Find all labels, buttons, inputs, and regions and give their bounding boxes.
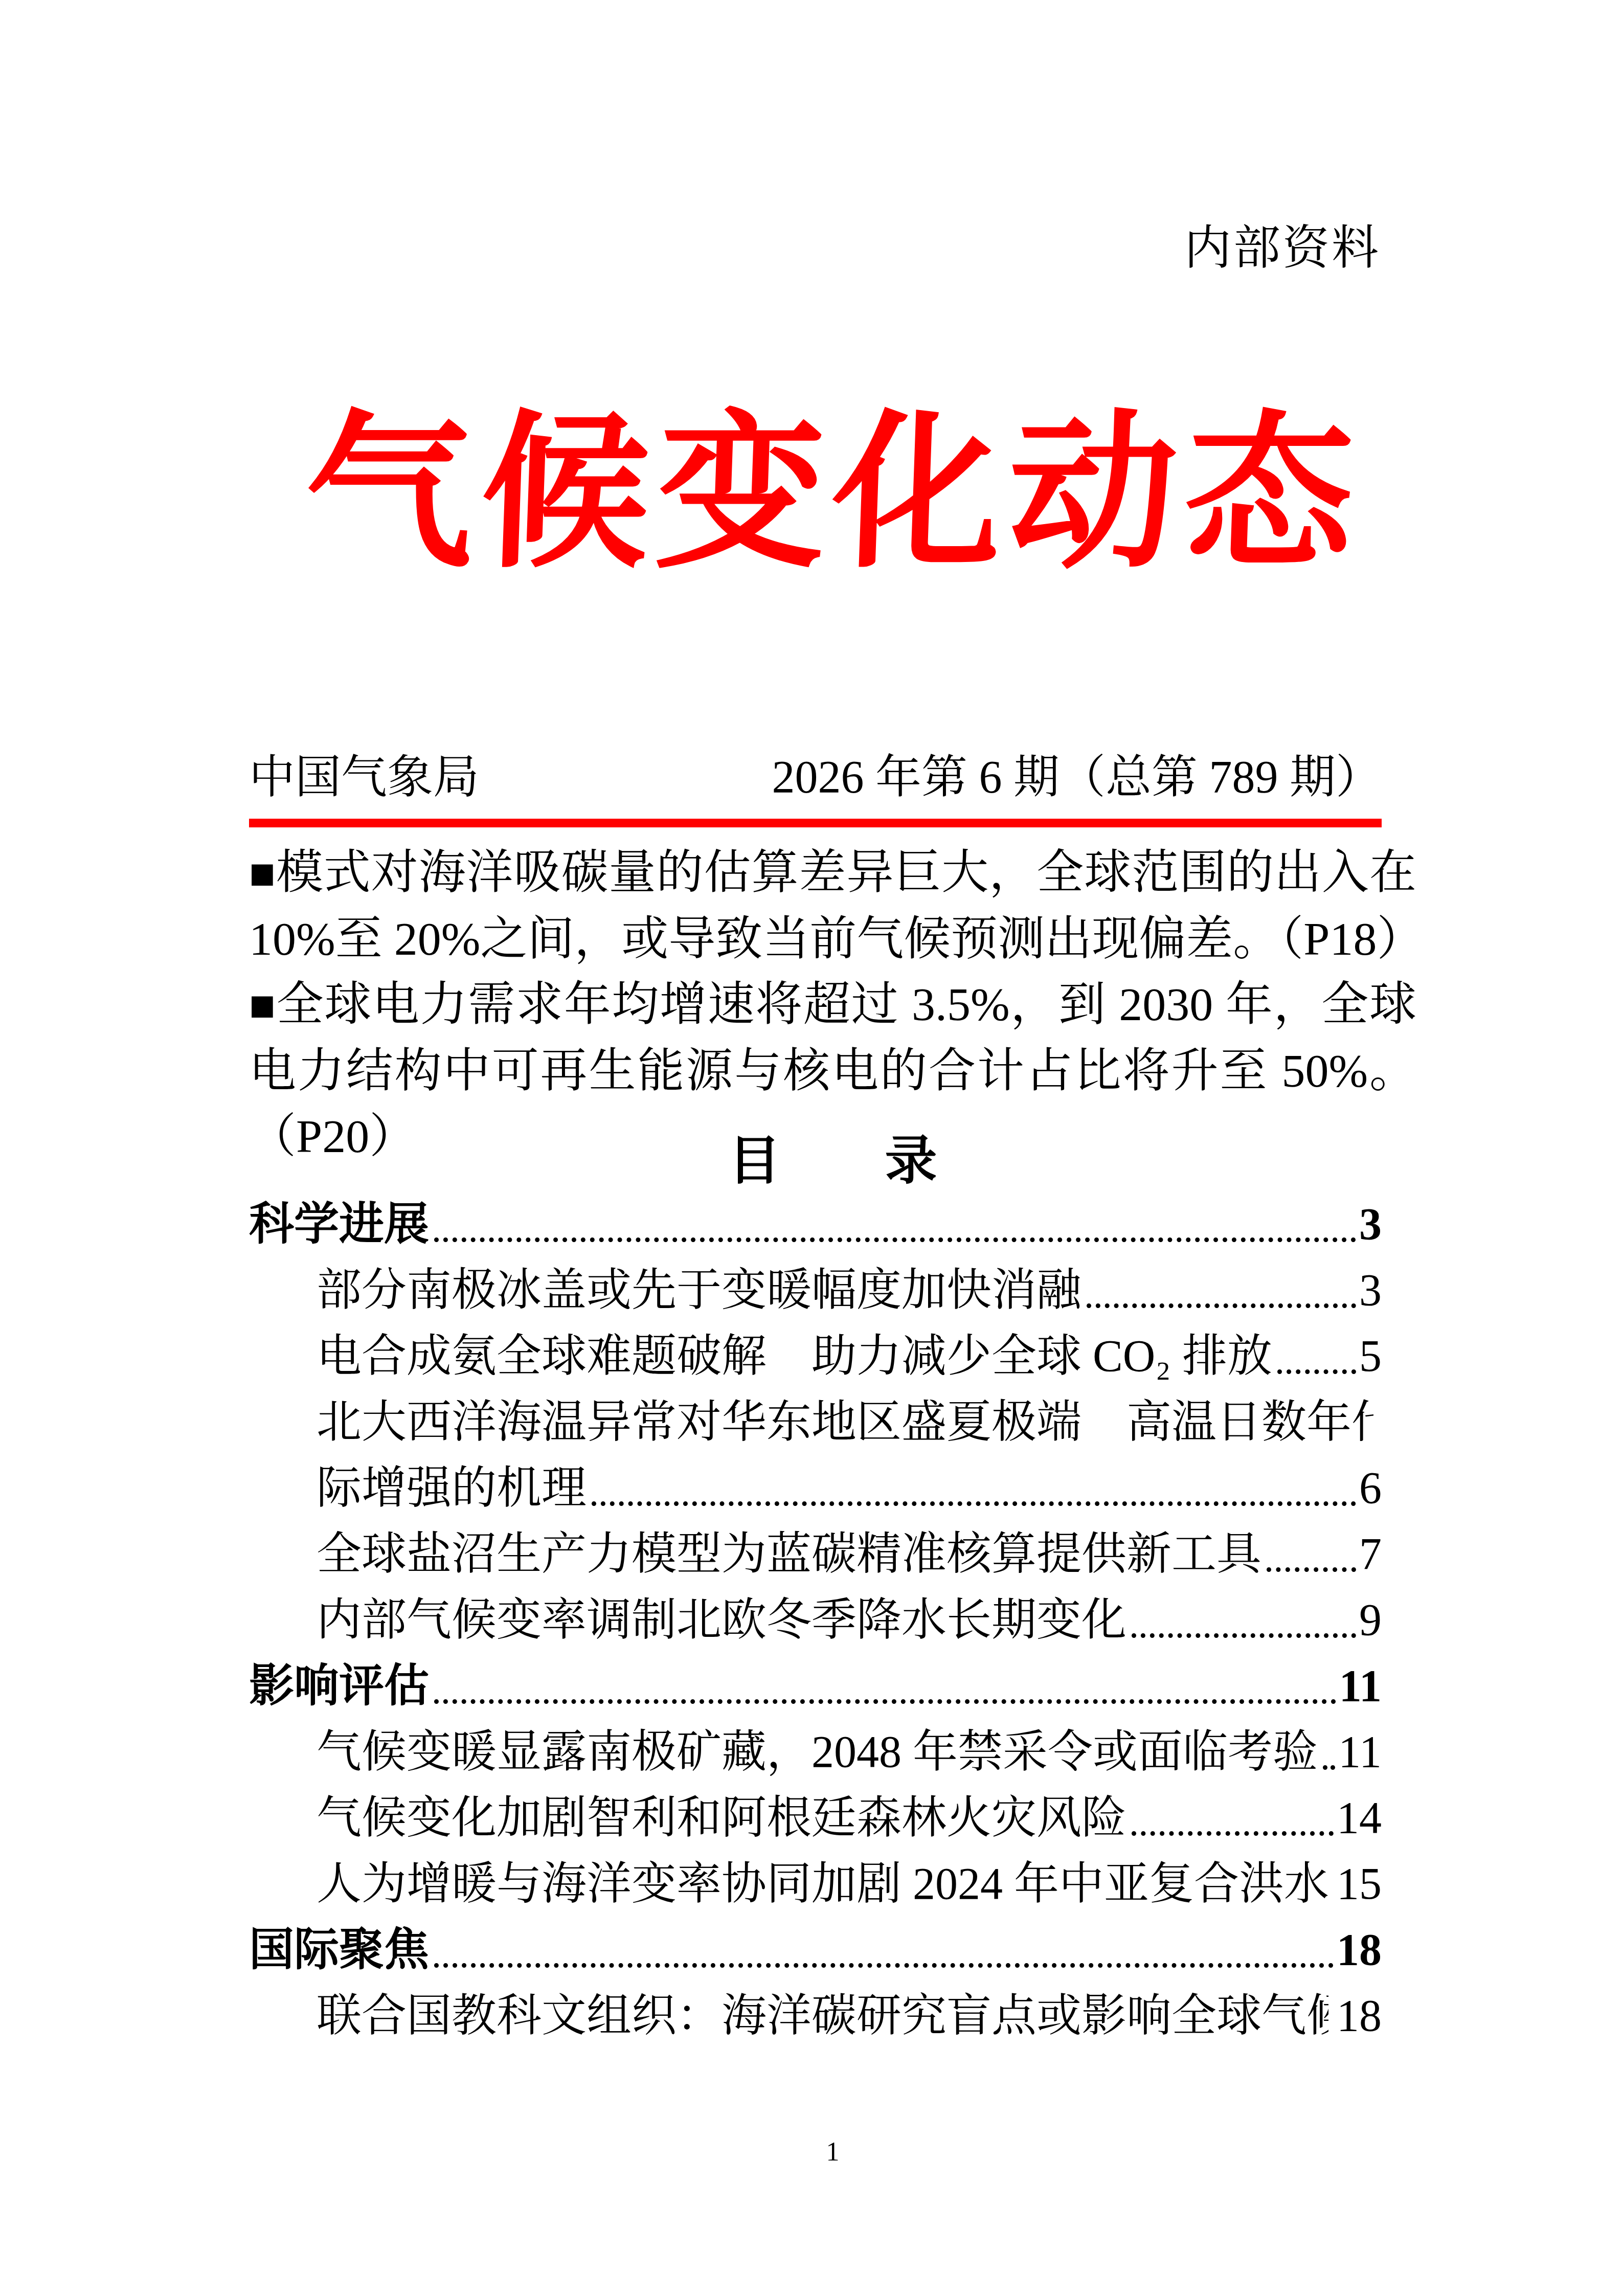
toc-entry-title: 电合成氨全球难题破解 助力减少全球 CO₂ 排放	[317, 1323, 1272, 1389]
toc-entry-title: 气候变暖显露南极矿藏，2048 年禁采令或面临考验	[317, 1719, 1318, 1785]
toc-page-number: 15	[1337, 1851, 1382, 1917]
toc-dot-leader	[1323, 1765, 1335, 1770]
toc-row: 气候变化加剧智利和阿根廷森林火灾风险 14	[249, 1785, 1382, 1851]
toc-dot-leader	[434, 1963, 1334, 1968]
highlights-section: ■模式对海洋吸碳量的估算差异巨大，全球范围的出入在 10%至 20%之间，或导致…	[249, 840, 1416, 1169]
toc-row: 北大西洋海温异常对华东地区盛夏极端 高温日数年代	[249, 1389, 1382, 1455]
toc-page-number: 5	[1359, 1323, 1382, 1389]
toc-dot-leader	[1132, 1831, 1334, 1836]
table-of-contents: 科学进展 3 部分南极冰盖或先于变暖幅度加快消融 3 电合成氨全球难题破解 助力…	[249, 1191, 1382, 2049]
toc-row: 部分南极冰盖或先于变暖幅度加快消融 3	[249, 1257, 1382, 1323]
toc-page-number: 11	[1338, 1719, 1382, 1785]
publication-title: 气候变化动态	[214, 381, 1451, 609]
toc-dot-leader	[1277, 1369, 1356, 1374]
toc-entry-title: 科学进展	[249, 1191, 429, 1257]
confidential-label: 内部资料	[1184, 220, 1381, 276]
toc-page-number: 7	[1359, 1521, 1382, 1587]
toc-row: 电合成氨全球难题破解 助力减少全球 CO₂ 排放 5	[249, 1323, 1382, 1389]
toc-dot-leader	[1132, 1633, 1356, 1638]
toc-row: 内部气候变率调制北欧冬季降水长期变化 9	[249, 1587, 1382, 1653]
toc-entry-title: 内部气候变率调制北欧冬季降水长期变化	[317, 1587, 1126, 1653]
toc-row: 联合国教科文组织：海洋碳研究盲点或影响全球气候预测 18	[249, 1983, 1382, 2049]
toc-entry-title: 人为增暖与海洋变率协同加剧 2024 年中亚复合洪水风险	[317, 1851, 1328, 1917]
toc-dot-leader	[434, 1237, 1356, 1242]
toc-dot-leader	[1267, 1567, 1356, 1572]
toc-entry-title: 北大西洋海温异常对华东地区盛夏极端 高温日数年代	[317, 1389, 1373, 1455]
toc-entry-title: 联合国教科文组织：海洋碳研究盲点或影响全球气候预测	[317, 1983, 1328, 2049]
toc-row: 气候变暖显露南极矿藏，2048 年禁采令或面临考验 11	[249, 1719, 1382, 1785]
publisher-name: 中国气象局	[249, 748, 479, 807]
toc-row: 科学进展 3	[249, 1191, 1382, 1257]
toc-row: 际增强的机理 6	[249, 1455, 1382, 1521]
toc-dot-leader	[1087, 1303, 1356, 1308]
toc-page-number: 3	[1359, 1191, 1382, 1257]
toc-entry-title: 国际聚焦	[249, 1917, 429, 1983]
toc-page-number: 9	[1359, 1587, 1382, 1653]
toc-row: 影响评估 11	[249, 1653, 1382, 1719]
toc-page-number: 11	[1339, 1653, 1382, 1719]
toc-page-number: 3	[1359, 1257, 1382, 1323]
toc-page-number: 6	[1359, 1455, 1382, 1521]
toc-page-number: 18	[1337, 1983, 1382, 2049]
toc-entry-title: 影响评估	[249, 1653, 429, 1719]
toc-row: 全球盐沼生产力模型为蓝碳精准核算提供新工具 7	[249, 1521, 1382, 1587]
toc-entry-title: 气候变化加剧智利和阿根廷森林火灾风险	[317, 1785, 1126, 1851]
highlight-text: 模式对海洋吸碳量的估算差异巨大，全球范围的出入在 10%至 20%之间，或导致当…	[249, 846, 1424, 965]
toc-row: 国际聚焦 18	[249, 1917, 1382, 1983]
bullet-square-icon: ■	[249, 849, 276, 898]
toc-entry-title: 全球盐沼生产力模型为蓝碳精准核算提供新工具	[317, 1521, 1261, 1587]
bullet-square-icon: ■	[249, 981, 277, 1030]
toc-page-number: 14	[1337, 1785, 1382, 1851]
toc-entry-title: 部分南极冰盖或先于变暖幅度加快消融	[317, 1257, 1081, 1323]
masthead-row: 中国气象局 2026 年第 6 期（总第 789 期）	[249, 748, 1416, 807]
toc-entry-title: 际增强的机理	[317, 1455, 587, 1521]
red-divider-rule	[249, 819, 1382, 827]
page-content: 内部资料 气候变化动态 中国气象局 2026 年第 6 期（总第 789 期） …	[249, 0, 1416, 2296]
issue-number: 2026 年第 6 期（总第 789 期）	[772, 748, 1417, 807]
highlight-paragraph: ■模式对海洋吸碳量的估算差异巨大，全球范围的出入在 10%至 20%之间，或导致…	[249, 840, 1416, 972]
toc-dot-leader	[592, 1501, 1356, 1506]
toc-row: 人为增暖与海洋变率协同加剧 2024 年中亚复合洪水风险 15	[249, 1851, 1382, 1917]
toc-heading: 目 录	[249, 1129, 1416, 1195]
toc-page-number: 18	[1337, 1917, 1382, 1983]
document-page: 内部资料 气候变化动态 中国气象局 2026 年第 6 期（总第 789 期） …	[0, 0, 1623, 2296]
toc-dot-leader	[434, 1699, 1336, 1704]
page-number: 1	[249, 2136, 1416, 2168]
